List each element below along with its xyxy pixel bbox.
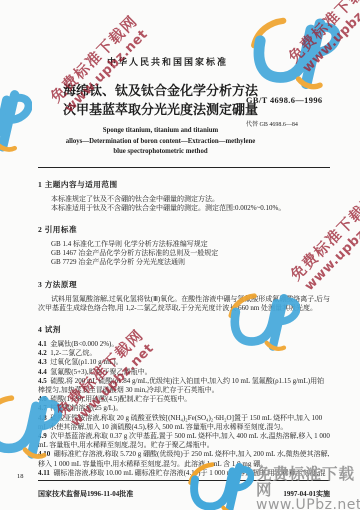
reagent-number: 4.6 xyxy=(38,395,47,403)
section-scope: 1 主题内容与适用范围 本标准规定了钛及不含硼的钛合金中硼量的测定方法。 本标准… xyxy=(38,179,330,213)
page-number: 18 xyxy=(17,473,24,480)
reagent-number: 4.7 xyxy=(38,404,47,412)
paragraph: 本标准适用于钛及不含硼的钛合金中硼量的测定。测定范围:0.002%~0.10%。 xyxy=(38,204,330,213)
document-body: 中华人民共和国国家标准 海绵钛、钛及钛合金化学分析方法 次甲基蓝萃取分光光度法测… xyxy=(38,0,330,499)
brand-text: 免费标准下载网 www.UPbz.net xyxy=(256,466,360,510)
reference-line: GB 1467 冶金产品化学分析方法标准的总则及一般规定 xyxy=(38,249,330,258)
reagent-number: 4.11 xyxy=(38,469,50,477)
paragraph: 本标准规定了钛及不含硼的钛合金中硼量的测定方法。 xyxy=(38,195,330,204)
section-heading: 1 主题内容与适用范围 xyxy=(38,179,330,190)
header-divider xyxy=(38,167,330,168)
reagent-text: 过氧化氢(ρ1.10 g/mL)。 xyxy=(50,358,122,366)
standard-authority: 中华人民共和国国家标准 xyxy=(38,55,283,68)
section-reagents: 4 试剂 4.1 金属钛(B<0.000 2%)。 4.2 1,2-二氯乙烷。 … xyxy=(38,324,330,478)
brand-site-name: 免费标准下载网 xyxy=(256,466,360,499)
section-heading: 4 试剂 xyxy=(38,324,330,335)
en-title-line2: alloys—Determination of boron content—Ex… xyxy=(38,137,283,148)
reference-line: GB 1.4 标准化工作导则 化学分析方法标准编写规定 xyxy=(38,240,330,249)
reference-line: GB 7729 冶金产品化学分析 分光光度法通则 xyxy=(38,258,330,267)
reagent-number: 4.2 xyxy=(38,349,47,357)
reagent-text: 金属钛(B<0.000 2%)。 xyxy=(50,340,118,348)
paragraph: 试料用氢氟酸溶解,过氧化氢将钛(Ⅲ)氧化。在酸性溶液中硼与氢氟酸形成氟硼酸络离子… xyxy=(38,295,330,313)
reagent-number: 4.8 xyxy=(38,414,47,422)
upbz-brand: 免费标准下载网 www.UPbz.net xyxy=(186,461,360,510)
reagent-number: 4.3 xyxy=(38,358,47,366)
reagent-item: 4.6 硫酸(1+28),用硫酸(4.5)配制,贮存于石英瓶中。 xyxy=(38,395,330,404)
section-heading: 2 引用标准 xyxy=(38,224,330,235)
reagent-text: 硫酸,将 200 mL 硫酸(ρ1.84 g/mL,优级纯)注入铂皿中,加入约 … xyxy=(38,377,324,394)
doc-title-line1: 海绵钛、钛及钛合金化学分析方法 xyxy=(38,81,283,100)
reagent-item: 4.2 1,2-二氯乙烷。 xyxy=(38,349,330,358)
reagent-item: 4.5 硫酸,将 200 mL 硫酸(ρ1.84 g/mL,优级纯)注入铂皿中,… xyxy=(38,377,330,395)
reagent-item: 4.3 过氧化氢(ρ1.10 g/mL)。 xyxy=(38,358,330,367)
reagent-text: 次甲基蓝溶液,称取 0.37 g 次甲基蓝,置于 500 mL 烧杯中,加入 4… xyxy=(38,432,330,449)
reagent-number: 4.1 xyxy=(38,340,47,348)
reagent-number: 4.10 xyxy=(38,450,50,458)
doc-title-line2: 次甲基蓝萃取分光光度法测定硼量 xyxy=(38,100,283,119)
approval-date: 国家技术监督局1996-11-04批准 xyxy=(38,489,133,499)
reagent-number: 4.9 xyxy=(38,432,47,440)
reagent-text: 氢氟酸(5+3),贮存于聚乙烯瓶中。 xyxy=(50,368,151,376)
standard-document-page: GB/T 4698.6—1996 代替 GB 4698.6—84 中华人民共和国… xyxy=(0,0,360,510)
section-references: 2 引用标准 GB 1.4 标准化工作导则 化学分析方法标准编写规定 GB 14… xyxy=(38,224,330,268)
reagent-text: 硫酸亚铁铵溶液,称取 20 g 硫酸亚铁铵[(NH₄)₂Fe(SO₄)₂·6H₂… xyxy=(38,414,322,431)
reagent-item: 4.7 柠檬酸钠溶液(25 g/L)。 xyxy=(38,404,330,413)
doc-title-english: Sponge titanium, titanium and titanium a… xyxy=(38,126,283,158)
en-title-line1: Sponge titanium, titanium and titanium xyxy=(38,126,283,137)
reagent-number: 4.5 xyxy=(38,377,47,385)
upbz-logo-icon xyxy=(0,88,32,155)
reagent-number: 4.4 xyxy=(38,368,47,376)
reagent-item: 4.8 硫酸亚铁铵溶液,称取 20 g 硫酸亚铁铵[(NH₄)₂Fe(SO₄)₂… xyxy=(38,414,330,432)
upbz-logo-icon xyxy=(186,461,254,510)
en-title-line3: blue spectrophotometric method xyxy=(38,147,283,158)
section-heading: 3 方法原理 xyxy=(38,279,330,290)
brand-site-url: www.UPbz.net xyxy=(256,498,360,510)
reagent-item: 4.4 氢氟酸(5+3),贮存于聚乙烯瓶中。 xyxy=(38,368,330,377)
reagent-item: 4.1 金属钛(B<0.000 2%)。 xyxy=(38,340,330,349)
reagent-text: 1,2-二氯乙烷。 xyxy=(50,349,96,357)
reagent-text: 硫酸(1+28),用硫酸(4.5)配制,贮存于石英瓶中。 xyxy=(50,395,191,403)
section-principle: 3 方法原理 试料用氢氟酸溶解,过氧化氢将钛(Ⅲ)氧化。在酸性溶液中硼与氢氟酸形… xyxy=(38,279,330,313)
reagent-item: 4.9 次甲基蓝溶液,称取 0.37 g 次甲基蓝,置于 500 mL 烧杯中,… xyxy=(38,432,330,450)
reagent-text: 柠檬酸钠溶液(25 g/L)。 xyxy=(50,404,122,412)
